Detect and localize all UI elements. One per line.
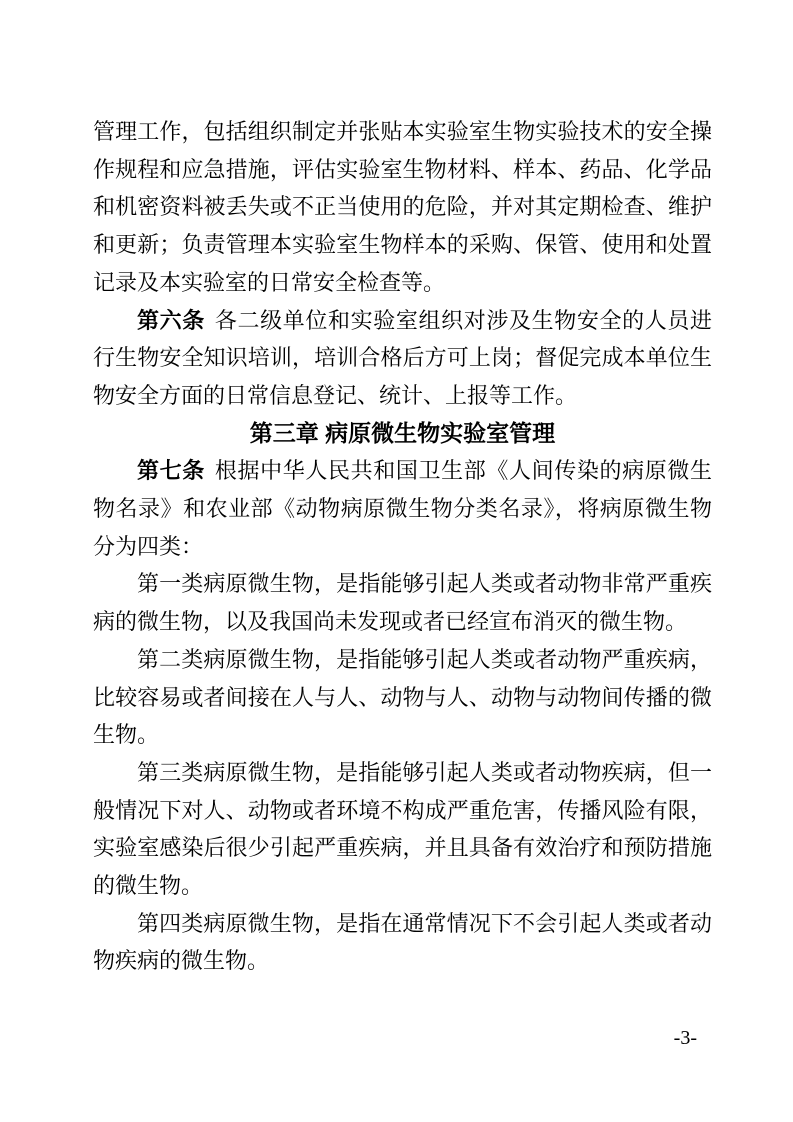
chapter-heading: 第三章 病原微生物实验室管理	[93, 415, 712, 453]
page-number: -3-	[674, 1026, 697, 1050]
document-page: { "page": { "number_label": "-3-", "back…	[0, 0, 793, 1122]
paragraph: 第六条各二级单位和实验室组织对涉及生物安全的人员进行生物安全知识培训，培训合格后…	[93, 302, 712, 415]
clause-number: 第六条	[137, 308, 205, 333]
paragraph: 第一类病原微生物，是指能够引起人类或者动物非常严重疾病的微生物，以及我国尚未发现…	[93, 565, 712, 640]
paragraph: 第二类病原微生物，是指能够引起人类或者动物严重疾病，比较容易或者间接在人与人、动…	[93, 641, 712, 754]
page-canvas: 管理工作，包括组织制定并张贴本实验室生物实验技术的安全操作规程和应急措施，评估实…	[0, 0, 793, 1122]
paragraph: 管理工作，包括组织制定并张贴本实验室生物实验技术的安全操作规程和应急措施，评估实…	[93, 113, 712, 302]
paragraph: 第七条根据中华人民共和国卫生部《人间传染的病原微生物名录》和农业部《动物病原微生…	[93, 452, 712, 565]
paragraph: 第三类病原微生物，是指能够引起人类或者动物疾病，但一般情况下对人、动物或者环境不…	[93, 754, 712, 905]
clause-number: 第七条	[137, 458, 205, 483]
paragraph: 第四类病原微生物，是指在通常情况下不会引起人类或者动物疾病的微生物。	[93, 905, 712, 980]
document-body: 管理工作，包括组织制定并张贴本实验室生物实验技术的安全操作规程和应急措施，评估实…	[93, 113, 712, 980]
